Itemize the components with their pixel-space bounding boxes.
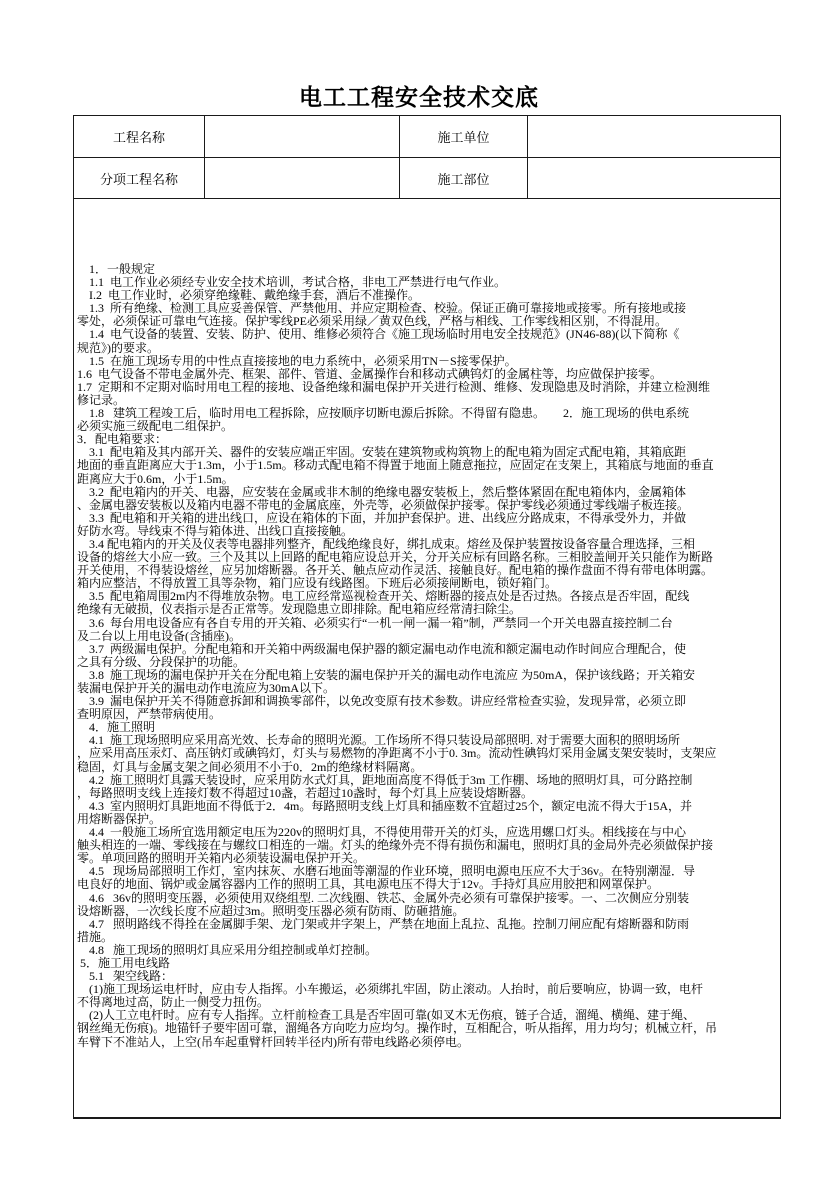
body-line: 车臂下不准站人，上空(吊车起重臂杆回转半径内)所有带电线路必须停电。 xyxy=(77,1036,778,1049)
header-table: 工程名称 施工单位 分项工程名称 施工部位 1．一般规定 1.1 电工作业必须经… xyxy=(73,115,781,1119)
page-title: 电工工程安全技术交底 xyxy=(0,79,838,112)
body-line: 1.4 电气设备的装置、安装、防护、使用、维修必须符合《施工现场临时用电安全技规… xyxy=(77,328,778,341)
body-line: 1.5 在施工现场专用的中性点直接接地的电力系统中，必须采用TN－S接零保护。 xyxy=(77,355,778,368)
body-line: 4.8 施工现场的照明灯具应采用分组控制或单灯控制。 xyxy=(77,944,778,957)
body-line: 规范》)的要求。 xyxy=(77,342,778,355)
body-line: 1.7 定期和不定期对临时用电工程的接地、设备绝缘和漏电保护开关进行检测、维修、… xyxy=(77,381,778,394)
project-name-value-cell[interactable] xyxy=(205,116,400,157)
body-line: 3.7 两级漏电保护。分配电箱和开关箱中两级漏电保护器的额定漏电动作电流和额定漏… xyxy=(77,643,778,656)
disclosure-content-cell: 1．一般规定 1.1 电工作业必须经专业安全技术培训，考试合格，非电工严禁进行电… xyxy=(74,199,780,1117)
body-line: 绝缘有无破损，仪表指示是否正常等。发现隐患立即排除。配电箱应经常清扫除尘。 xyxy=(77,603,778,616)
body-line: 5．施工用电线路 xyxy=(77,957,778,970)
sub-project-name-label-cell: 分项工程名称 xyxy=(74,158,205,198)
project-name-row: 工程名称 施工单位 xyxy=(74,116,780,158)
body-line: 4.2 施工照明灯具露天装设时，应采用防水式灯具，距地面高度不得低于3m 工作棚… xyxy=(77,774,778,787)
body-line: 地面的垂直距离应大于1.3m，小于1.5m。移动式配电箱不得置于地面上随意拖拉，… xyxy=(77,459,778,472)
document-page: 电工工程安全技术交底 工程名称 施工单位 分项工程名称 施工部位 1．一般规定 … xyxy=(0,0,838,1186)
body-line: 电良好的地面、锅炉或金属容器内工作的照明工具，其电源电压不得大于12v。手持灯具… xyxy=(77,878,778,891)
body-line: 查明原因，严禁带病使用。 xyxy=(77,708,778,721)
body-line: 稳固，灯具与金属支架之间必须用不小于0．2m的绝缘材料隔离。 xyxy=(77,761,778,774)
body-line: 之具有分级、分段保护的功能。 xyxy=(77,656,778,669)
body-line: 距离应大于0.6m，小于1.5m。 xyxy=(77,473,778,486)
body-line: 4.3 室内照明灯具距地面不得低于2．4m。每路照明支线上灯具和插座数不宜超过2… xyxy=(77,800,778,813)
body-line: 4.7 照明路线不得拴在金属脚手架、龙门架或井字架上，严禁在地面上乱拉、乱拖。控… xyxy=(77,918,778,931)
construction-unit-label-cell: 施工单位 xyxy=(400,116,528,157)
body-line: 好防水弯。导线束不得与箱体进、出线口直接接触。 xyxy=(77,525,778,538)
body-line: 3.2 配电箱内的开关、电器，应安装在金属或非木制的绝缘电器安装板上，然后整体紧… xyxy=(77,486,778,499)
project-name-label-cell: 工程名称 xyxy=(74,116,205,157)
body-line: 钢丝绳无伤痕)。地锚钎子要牢固可靠，溜绳各方向吃力应均匀。操作时，互相配合，听从… xyxy=(77,1022,778,1035)
sub-project-name-row: 分项工程名称 施工部位 xyxy=(74,158,780,199)
body-line: 1.6 电气设备不带电金属外壳、框架、部件、管道、金属操作台和移动式碘钨灯的金属… xyxy=(77,368,778,381)
construction-unit-value-cell[interactable] xyxy=(528,116,780,157)
body-line: 措施。 xyxy=(77,931,778,944)
sub-project-name-value-cell[interactable] xyxy=(205,158,400,198)
body-line: 、金属电器安装板以及箱内电器不带电的金属底座，外壳等，必须做保护接零。保护零线必… xyxy=(77,499,778,512)
body-line: 3.6 每台用电设备应有各自专用的开关箱、必须实行“一机一闸一漏一箱”制，严禁同… xyxy=(77,617,778,630)
construction-part-label-cell: 施工部位 xyxy=(400,158,528,198)
construction-part-value-cell[interactable] xyxy=(528,158,780,198)
body-line: 3.3 配电箱和开关箱的进出线口，应设在箱体的下面，并加护套保护。进、出线应分路… xyxy=(77,512,778,525)
body-line: 4.6 36v的照明变压器，必须使用双绕组型. 二次线圈、铁芯、金属外壳必须有可… xyxy=(77,892,778,905)
body-line: ，每路照明支线上连接灯数不得超过10盏，若超过10盏时，每个灯具上应装设熔断器。 xyxy=(77,787,778,800)
body-line: 设熔断器，一次线长度不应超过3m。照明变压器必须有防雨、防砸措施。 xyxy=(77,905,778,918)
body-line: 必须实施三级配电二组保护。 xyxy=(77,420,778,433)
body-line: 及二台以上用电设备(含插座)。 xyxy=(77,630,778,643)
body-line: ，应采用高压汞灯、高压钠灯或碘钨灯，灯头与易燃物的净距离不小于0. 3m。流动性… xyxy=(77,747,778,760)
